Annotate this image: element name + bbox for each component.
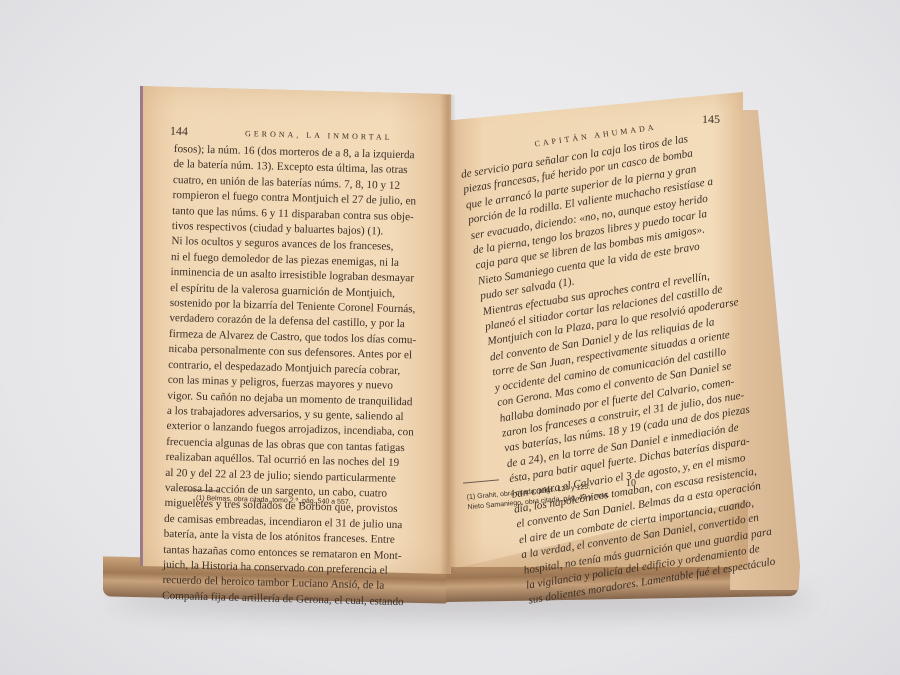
left-page-number: 144 (170, 124, 188, 139)
book-gutter (440, 95, 456, 575)
right-page-number: 145 (702, 112, 720, 127)
left-page-body: fosos); la núm. 16 (dos morteros de a 8,… (162, 142, 426, 611)
signature-mark: 10 (626, 478, 636, 489)
